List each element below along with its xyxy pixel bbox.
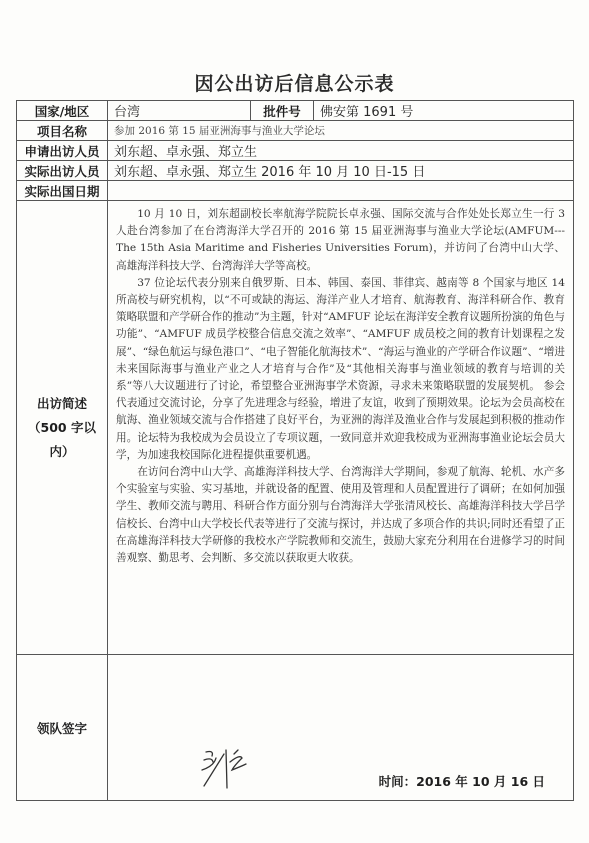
applicants-label: 申请出访人员 <box>17 141 108 161</box>
summary-label: 出访简述 （500 字以内） <box>17 201 108 655</box>
project-row: 项目名称 参加 2016 第 15 届亚洲海事与渔业大学论坛 <box>17 121 574 141</box>
approval-number-value: 佛安第 1691 号 <box>314 101 574 121</box>
actual-people-value: 刘东超、卓永强、郑立生 2016 年 10 月 10 日-15 日 <box>108 161 574 181</box>
signature-row: 领队签字 时间：2016 年 10 月 16 日 <box>17 655 574 801</box>
applicants-value: 刘东超、卓永强、郑立生 <box>108 141 574 161</box>
summary-label-limit: （500 字以内） <box>23 416 101 464</box>
summary-label-title: 出访简述 <box>23 392 101 416</box>
summary-content: 10 月 10 日，刘东超副校长率航海学院院长卓永强、国际交流与合作处处长郑立生… <box>108 201 574 655</box>
summary-row: 出访简述 （500 字以内） 10 月 10 日，刘东超副校长率航海学院院长卓永… <box>17 201 574 655</box>
actual-date-value <box>108 181 574 201</box>
summary-paragraph: 10 月 10 日，刘东超副校长率航海学院院长卓永强、国际交流与合作处处长郑立生… <box>116 206 565 275</box>
project-value: 参加 2016 第 15 届亚洲海事与渔业大学论坛 <box>108 121 574 141</box>
signature-icon <box>198 744 258 794</box>
actual-people-row: 实际出访人员 刘东超、卓永强、郑立生 2016 年 10 月 10 日-15 日 <box>17 161 574 181</box>
project-label: 项目名称 <box>17 121 108 141</box>
approval-number-label: 批件号 <box>251 101 314 121</box>
actual-date-row: 实际出国日期 <box>17 181 574 201</box>
sign-date: 时间：2016 年 10 月 16 日 <box>379 772 545 790</box>
sign-label: 领队签字 <box>17 655 108 801</box>
country-value: 台湾 <box>108 101 251 121</box>
signature-cell: 时间：2016 年 10 月 16 日 <box>108 655 574 801</box>
actual-date-label: 实际出国日期 <box>17 181 108 201</box>
summary-paragraph: 在访问台湾中山大学、高雄海洋科技大学、台湾海洋大学期间，参观了航海、轮机、水产多… <box>116 464 565 567</box>
publicity-form-table: 国家/地区 台湾 批件号 佛安第 1691 号 项目名称 参加 2016 第 1… <box>16 100 574 801</box>
applicants-row: 申请出访人员 刘东超、卓永强、郑立生 <box>17 141 574 161</box>
country-label: 国家/地区 <box>17 101 108 121</box>
summary-paragraph: 37 位论坛代表分别来自俄罗斯、日本、韩国、泰国、菲律宾、越南等 8 个国家与地… <box>116 275 565 464</box>
country-row: 国家/地区 台湾 批件号 佛安第 1691 号 <box>17 101 574 121</box>
actual-people-label: 实际出访人员 <box>17 161 108 181</box>
document-title: 因公出访后信息公示表 <box>0 69 589 96</box>
